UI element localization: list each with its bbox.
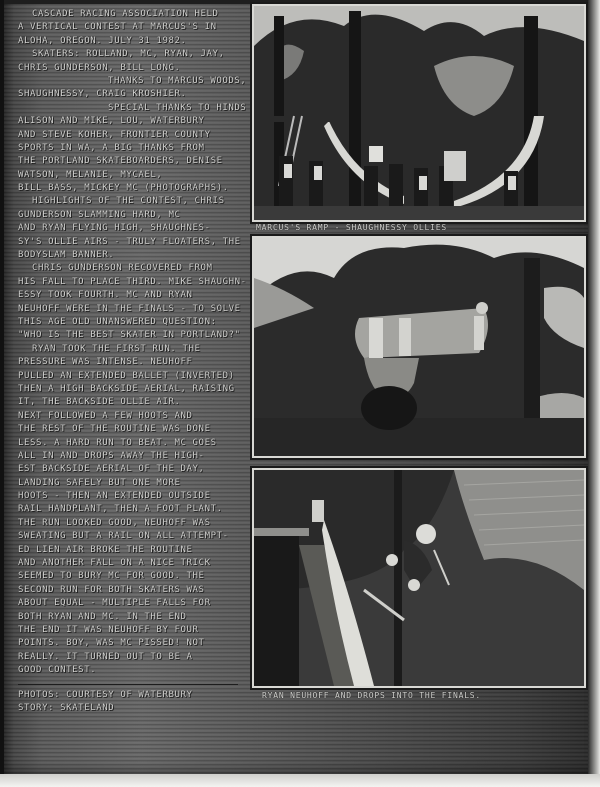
article-line: Shaughnessy, Craig Kroshier.: [18, 88, 246, 101]
article-line: Sports in WA, a big thanks from: [18, 142, 246, 155]
article-line: Special Thanks to Hinds,: [18, 102, 246, 115]
article-line: his fall to place third. Mike Shaughn-: [18, 276, 246, 289]
article-line: Chris Gunderson, Bill Long.: [18, 62, 246, 75]
article-line: Aloha, Oregon. July 31 1982.: [18, 35, 246, 48]
article-line: and Ryan flying high, Shaughnes-: [18, 222, 246, 235]
article-line: sweating but a rail on all attempt-: [18, 530, 246, 543]
skater-aerial-image: [254, 238, 584, 456]
scanned-page: Cascade Racing Association helda vertica…: [0, 0, 600, 787]
article-line: essy took fourth. Mc and Ryan: [18, 289, 246, 302]
article-line: Ryan took the first run. The: [18, 343, 246, 356]
article-line: points. Boy, was Mc pissed! Not: [18, 637, 246, 650]
photo-skater-drop-in: [252, 468, 586, 688]
credit-line: Photos: courtesy of Waterbury: [18, 689, 246, 702]
article-line: rail handplant, then a foot plant.: [18, 503, 246, 516]
article-line: a vertical contest at Marcus's in: [18, 21, 246, 34]
article-line: ed lien air broke the routine: [18, 544, 246, 557]
article-line: The run looked good, Neuhoff was: [18, 517, 246, 530]
article-line: both Ryan and Mc. In the end: [18, 611, 246, 624]
article-line: the rest of the routine was done: [18, 423, 246, 436]
article-line: pulled an extended Ballet (inverted): [18, 370, 246, 383]
article-line: est backside aerial of the day,: [18, 463, 246, 476]
article-line: all in and drops away the high-: [18, 450, 246, 463]
article-line: sy's ollie airs - truly floaters, the: [18, 236, 246, 249]
article-line: less. A hard run to beat. Mc goes: [18, 437, 246, 450]
article-line: Gunderson slamming hard, Mc: [18, 209, 246, 222]
article-line: then a high backside aerial, raising: [18, 383, 246, 396]
photo-ramp-crowd: [252, 4, 586, 222]
article-line: pressure was intense. Neuhoff: [18, 356, 246, 369]
article-line: Neuhoff were in the finals - to solve: [18, 303, 246, 316]
article-line: good contest.: [18, 664, 246, 677]
article-line: Bodyslam Banner.: [18, 249, 246, 262]
page-edge-shadow: [0, 0, 4, 776]
photo-caption: Ryan Neuhoff and drops into the finals.: [262, 691, 481, 700]
article-line: second run for both skaters was: [18, 584, 246, 597]
article-line: Chris Gunderson recovered from: [18, 262, 246, 275]
article-line: really. It turned out to be a: [18, 651, 246, 664]
article-line: about equal - multiple falls for: [18, 597, 246, 610]
article-line: the end it was Neuhoff by four: [18, 624, 246, 637]
credit-line: Story: Skateland: [18, 702, 246, 715]
article-line: landing safely but one more: [18, 477, 246, 490]
article-line: hoots - then an extended outside: [18, 490, 246, 503]
article-line: Bill Bass, Mickey Mc (Photographs).: [18, 182, 246, 195]
article-line: this age old unanswered question:: [18, 316, 246, 329]
article-line: "Who is the best skater in Portland?": [18, 329, 246, 342]
skater-drop-in-image: [254, 470, 584, 686]
article-line: Cascade Racing Association held: [18, 8, 246, 21]
article-line: Skaters: Rolland, Mc, Ryan, Jay,: [18, 48, 246, 61]
article-line: it, the backside ollie air.: [18, 396, 246, 409]
page-edge-fade: [588, 0, 600, 776]
photo-caption: Marcus's ramp - Shaughnessy ollies: [256, 223, 447, 232]
credits-divider: [18, 684, 238, 685]
article-text-column: Cascade Racing Association helda vertica…: [18, 8, 246, 715]
photo-skater-aerial: [252, 236, 586, 458]
article-line: seemed to bury Mc for good. The: [18, 570, 246, 583]
article-line: and another fall on a nice trick: [18, 557, 246, 570]
ramp-crowd-image: [254, 6, 584, 220]
article-line: Alison and Mike, Lou, Waterbury: [18, 115, 246, 128]
page-bottom-margin: [0, 774, 600, 787]
article-line: Next followed a few hoots and: [18, 410, 246, 423]
article-line: the Portland Skateboarders, Denise: [18, 155, 246, 168]
article-line: Watson, Melanie, Mycael,: [18, 169, 246, 182]
article-line: Highlights of the contest, Chris: [18, 195, 246, 208]
article-line: Thanks to Marcus Woods, Mike: [18, 75, 246, 88]
article-line: and Steve Koher, Frontier County: [18, 129, 246, 142]
